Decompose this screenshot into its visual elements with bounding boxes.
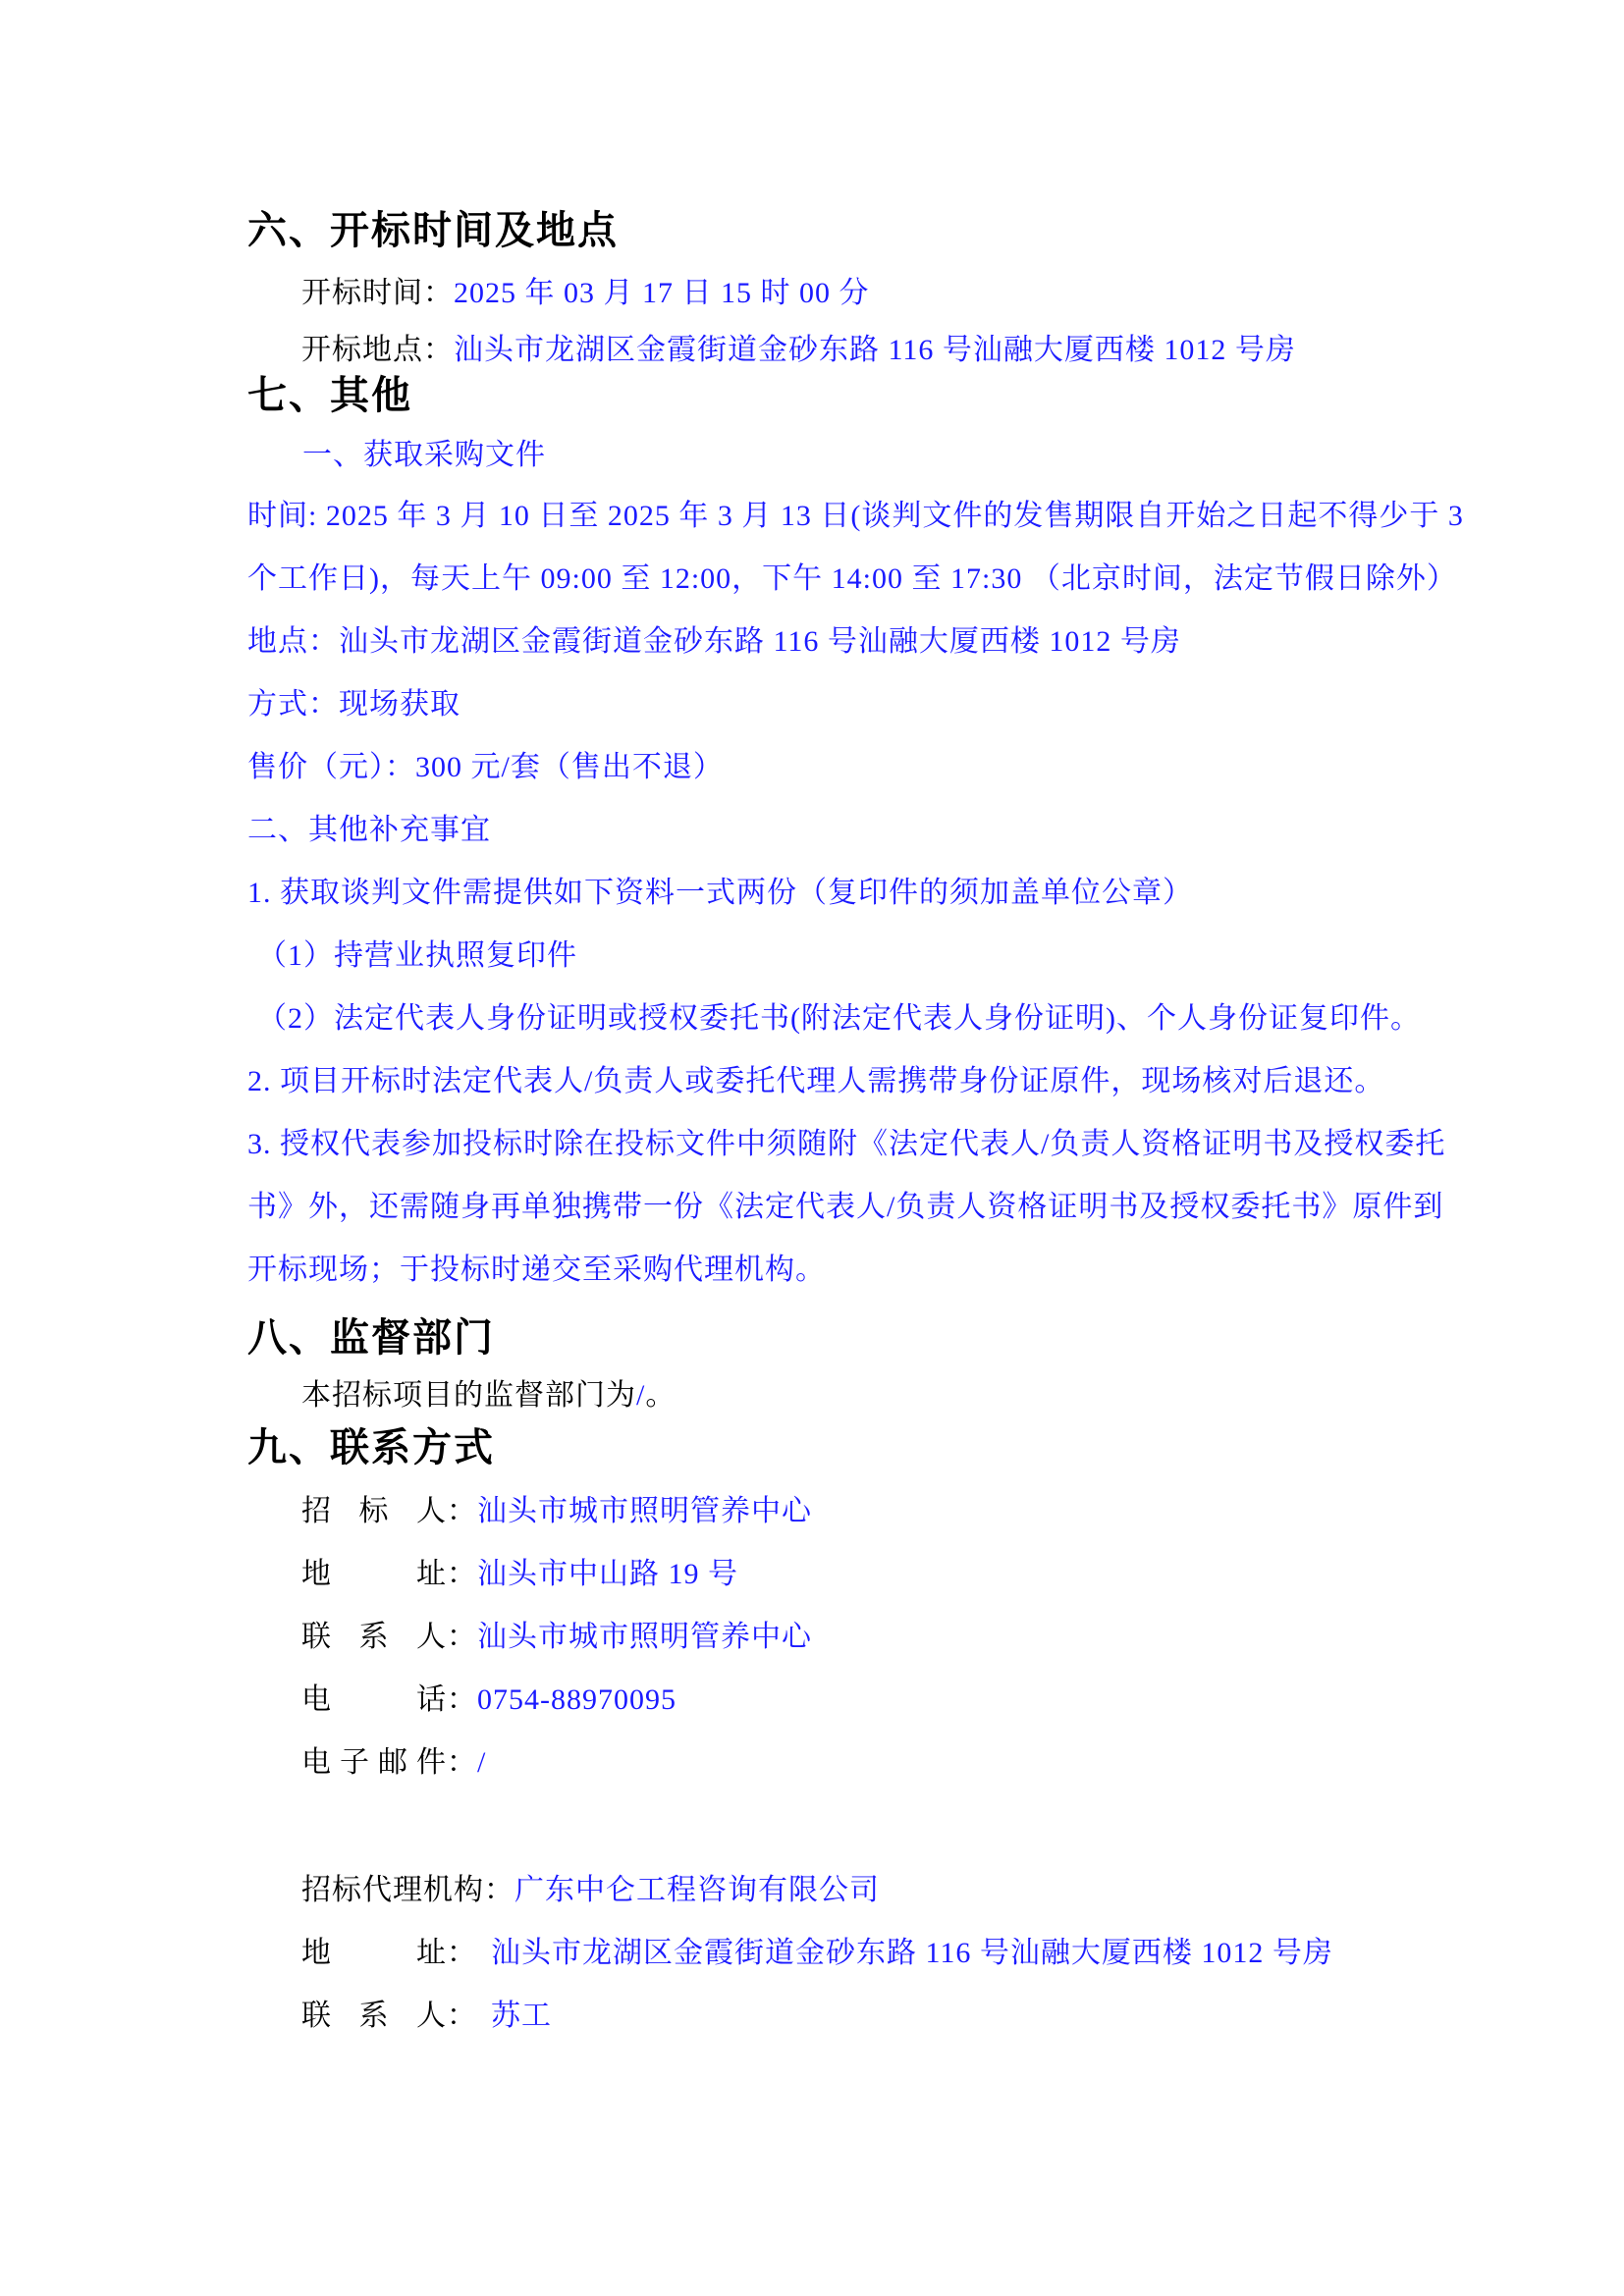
agency-row: 招标代理机构：广东中仑工程咨询有限公司 [247, 1859, 1379, 1922]
blank-gap [247, 1794, 1379, 1859]
supervision-value: / [636, 1379, 645, 1412]
section-nine-heading: 九、联系方式 [247, 1425, 1379, 1470]
section-six-heading: 六、开标时间及地点 [247, 208, 1379, 253]
agency-value: 广东中仑工程咨询有限公司 [514, 1874, 880, 1906]
purchaser-address-colon: ： [447, 1558, 477, 1590]
supervision-row: 本招标项目的监督部门为/。 [247, 1366, 1379, 1425]
open-place-row: 开标地点：汕头市龙湖区金霞街道金砂东路 116 号汕融大厦西楼 1012 号房 [247, 322, 1379, 379]
supervision-period: 。 [645, 1379, 676, 1412]
section-eight-heading: 八、监督部门 [247, 1315, 1379, 1361]
open-place-label: 开标地点： [301, 334, 454, 366]
purchaser-colon: ： [447, 1495, 477, 1527]
purchaser-phone-label: 电话 [301, 1669, 447, 1732]
agency-label: 招标代理机构： [301, 1874, 514, 1906]
open-time-label: 开标时间： [301, 277, 454, 309]
purchaser-address-value: 汕头市中山路 19 号 [477, 1558, 738, 1590]
agency-contact-row: 联系人：苏工 [247, 1985, 1379, 2048]
agency-address-value: 汕头市龙湖区金霞街道金砂东路 116 号汕融大厦西楼 1012 号房 [491, 1937, 1333, 1969]
purchaser-email-colon: ： [447, 1746, 477, 1779]
open-time-row: 开标时间：2025 年 03 月 17 日 15 时 00 分 [247, 265, 1379, 322]
acquire-docs-subheading: 一、获取采购文件 [247, 426, 1379, 485]
purchaser-phone-colon: ： [447, 1683, 477, 1716]
supplement-item3-line2: 书》外，还需随身再单独携带一份《法定代表人/负责人资格证明书及授权委托书》原件到 [247, 1176, 1379, 1239]
purchaser-row: 招标人：汕头市城市照明管养中心 [247, 1480, 1379, 1543]
supplement-item3-line3: 开标现场；于投标时递交至采购代理机构。 [247, 1239, 1379, 1302]
supplement-item2: 2. 项目开标时法定代表人/负责人或委托代理人需携带身份证原件，现场核对后退还。 [247, 1050, 1379, 1113]
section-seven-heading: 七、其他 [247, 373, 1379, 418]
open-place-value: 汕头市龙湖区金霞街道金砂东路 116 号汕融大厦西楼 1012 号房 [454, 334, 1296, 366]
agency-contact-label: 联系人 [301, 1985, 447, 2048]
agency-address-label: 地址 [301, 1922, 447, 1985]
purchaser-address-label: 地址 [301, 1543, 447, 1606]
agency-address-row: 地址：汕头市龙湖区金霞街道金砂东路 116 号汕融大厦西楼 1012 号房 [247, 1922, 1379, 1985]
purchaser-contact-colon: ： [447, 1621, 477, 1653]
purchaser-address-row: 地址：汕头市中山路 19 号 [247, 1543, 1379, 1606]
purchaser-contact-value: 汕头市城市照明管养中心 [477, 1621, 812, 1653]
supplement-subheading: 二、其他补充事宜 [247, 799, 1379, 862]
acquire-time-line2: 个工作日)，每天上午 09:00 至 12:00，下午 14:00 至 17:3… [247, 548, 1379, 611]
purchaser-phone-value: 0754-88970095 [477, 1683, 677, 1716]
purchaser-email-row: 电子邮件：/ [247, 1732, 1379, 1794]
supplement-item1-sub2: （2）法定代表人身份证明或授权委托书(附法定代表人身份证明)、个人身份证复印件。 [247, 988, 1379, 1050]
acquire-time-line1: 时间: 2025 年 3 月 10 日至 2025 年 3 月 13 日(谈判文… [247, 485, 1379, 548]
purchaser-phone-row: 电话：0754-88970095 [247, 1669, 1379, 1732]
acquire-price-line: 售价（元）：300 元/套（售出不退） [247, 736, 1379, 799]
purchaser-value: 汕头市城市照明管养中心 [477, 1495, 812, 1527]
agency-contact-colon: ： [447, 2000, 477, 2032]
document-page: 六、开标时间及地点 开标时间：2025 年 03 月 17 日 15 时 00 … [0, 0, 1624, 2296]
agency-address-colon: ： [447, 1937, 477, 1969]
open-time-value: 2025 年 03 月 17 日 15 时 00 分 [454, 277, 870, 309]
supplement-item1: 1. 获取谈判文件需提供如下资料一式两份（复印件的须加盖单位公章） [247, 862, 1379, 925]
purchaser-contact-label: 联系人 [301, 1606, 447, 1669]
supplement-item3-line1: 3. 授权代表参加投标时除在投标文件中须随附《法定代表人/负责人资格证明书及授权… [247, 1113, 1379, 1176]
acquire-location-line: 地点：汕头市龙湖区金霞街道金砂东路 116 号汕融大厦西楼 1012 号房 [247, 611, 1379, 673]
purchaser-contact-row: 联系人：汕头市城市照明管养中心 [247, 1606, 1379, 1669]
purchaser-email-value: / [477, 1746, 486, 1779]
purchaser-email-label: 电子邮件 [301, 1732, 447, 1794]
agency-contact-value: 苏工 [491, 2000, 552, 2032]
supplement-item1-sub1: （1）持营业执照复印件 [247, 925, 1379, 988]
supervision-text: 本招标项目的监督部门为 [301, 1379, 636, 1412]
acquire-method-line: 方式：现场获取 [247, 673, 1379, 736]
purchaser-label: 招标人 [301, 1480, 447, 1543]
